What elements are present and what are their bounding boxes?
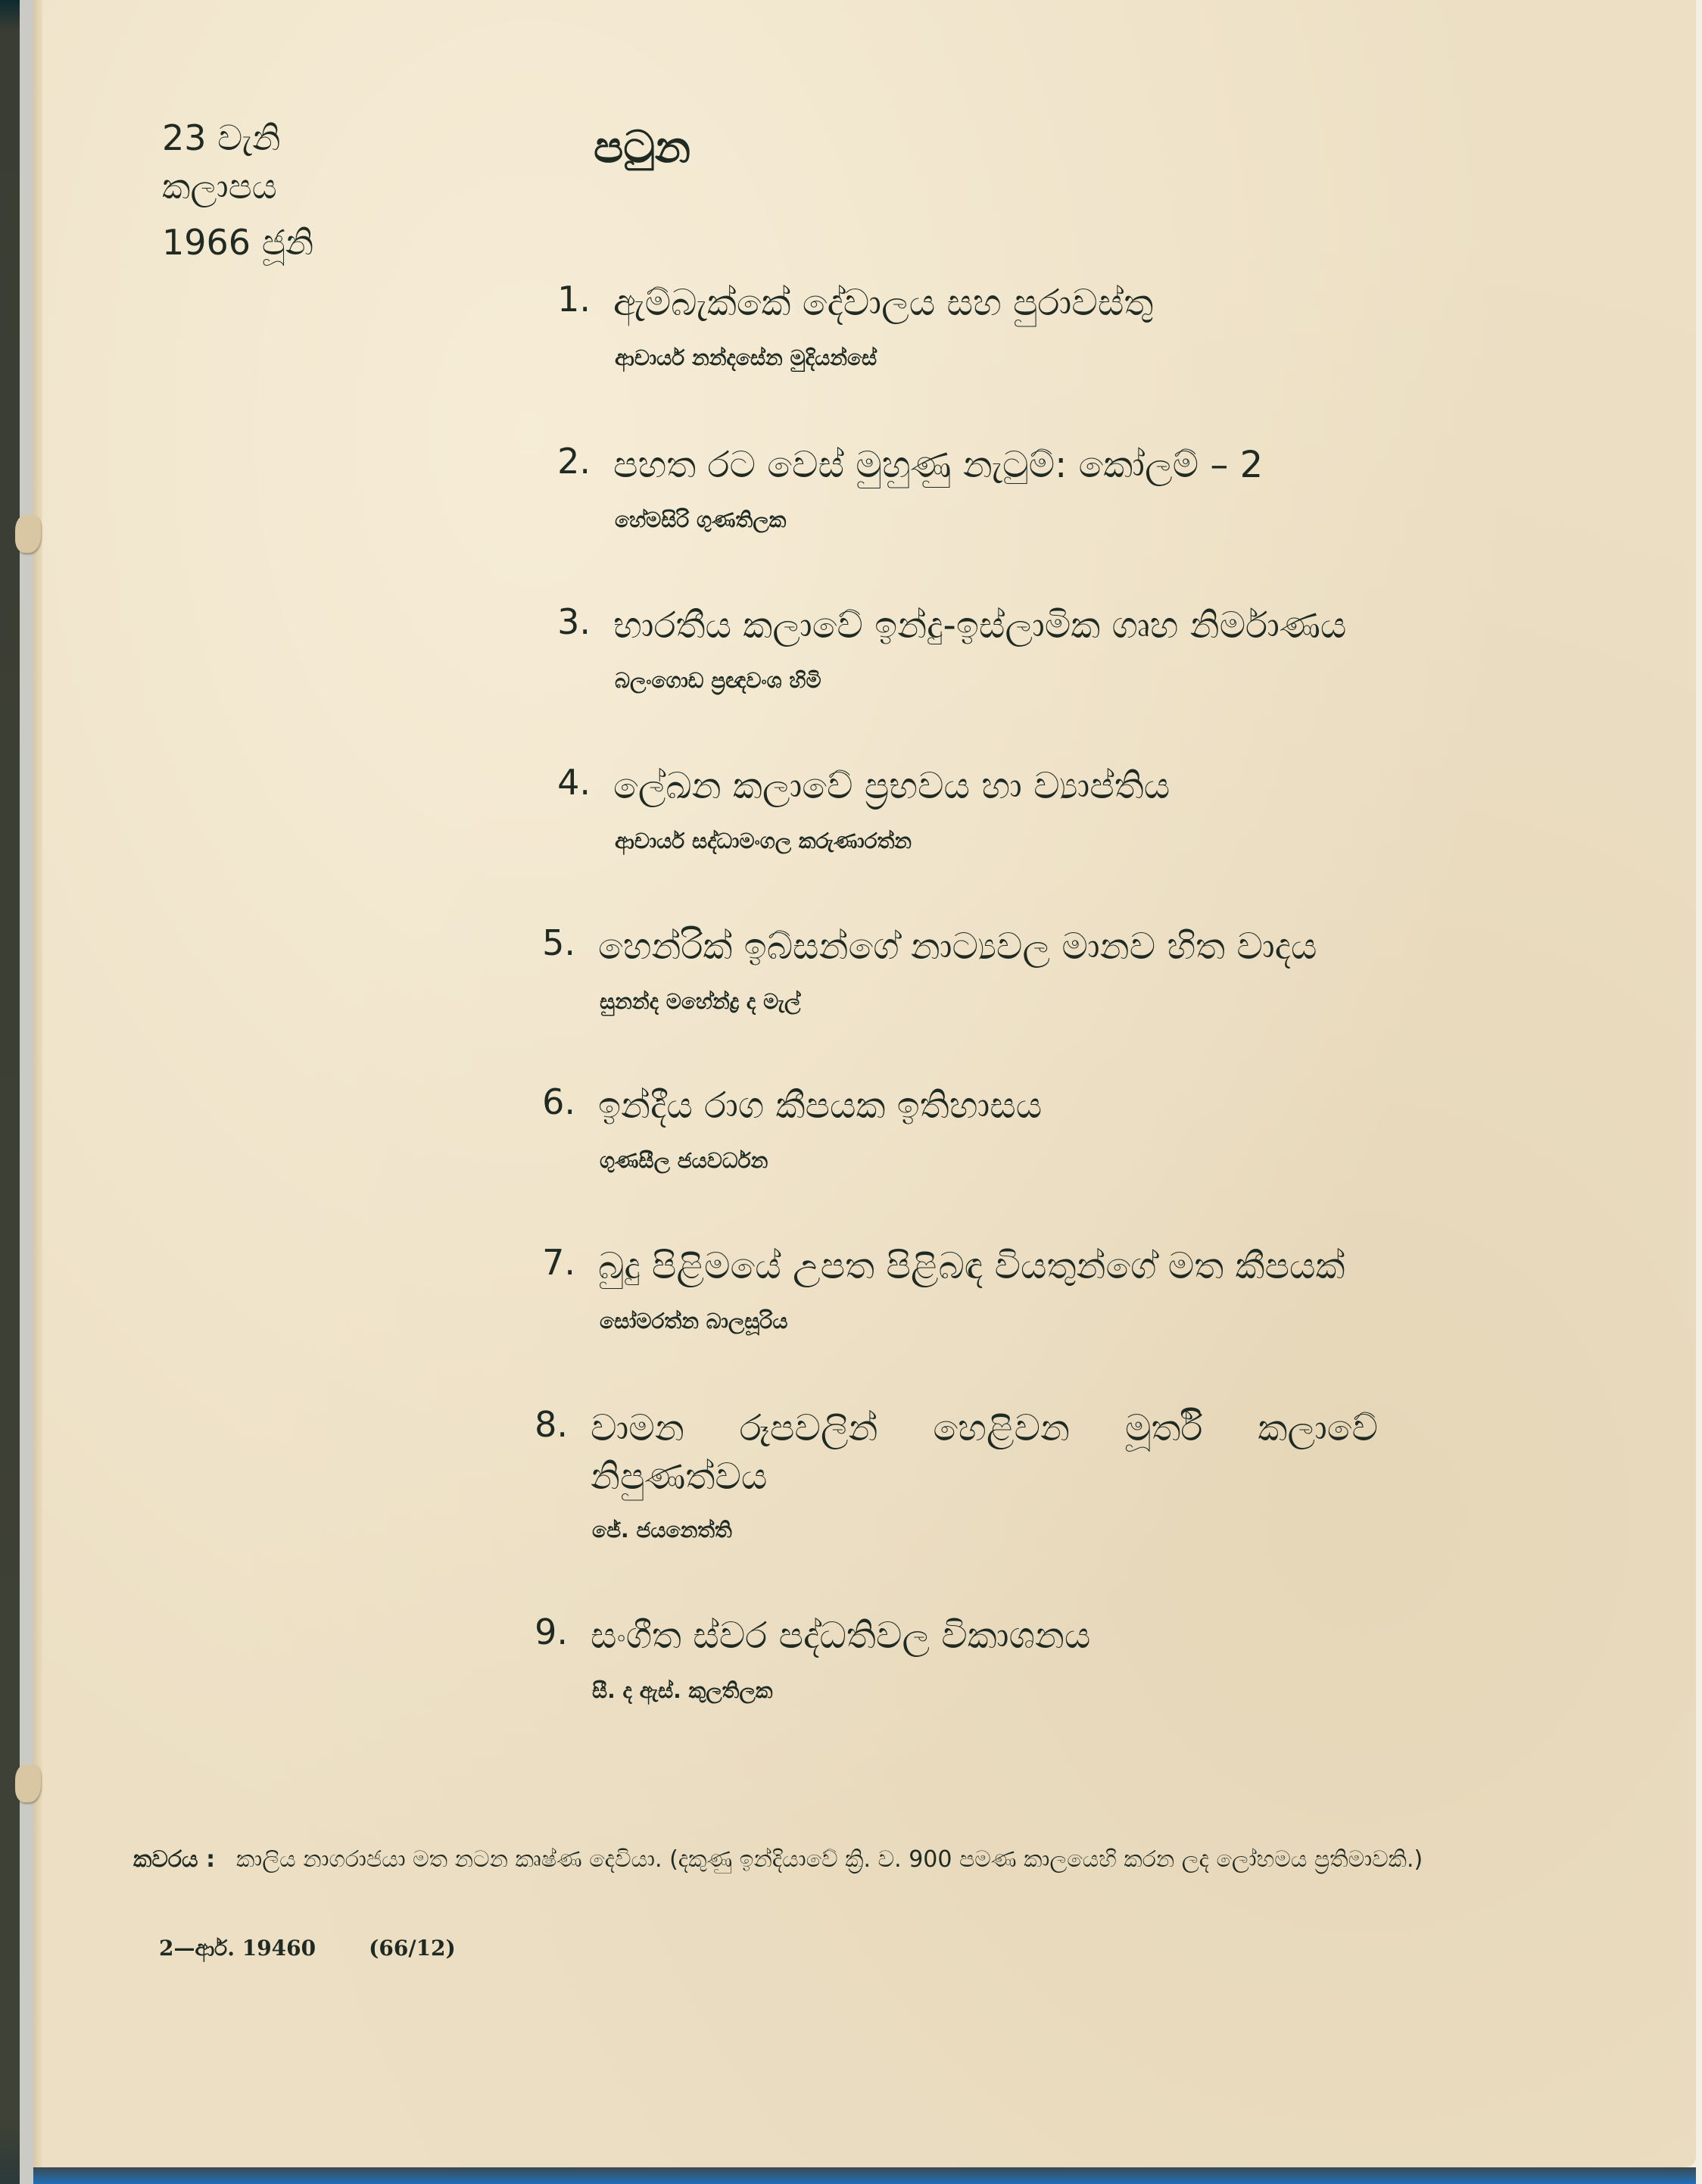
entry-title: සංගීත ස්වර පද්ධතිවල විකාශනය <box>591 1611 1378 1660</box>
entry-title: ඉන්දීය රාග කීපයක ඉතිහාසය <box>598 1081 1386 1130</box>
entry-title: බුදු පිළිමයේ උපත පිළිබඳ වියතුන්ගේ මත කීප… <box>598 1242 1386 1290</box>
spine-fold <box>33 0 42 2167</box>
entry-author: බලංගොඩ ප්‍රඥවංශ හිමි <box>615 668 821 694</box>
entry-author: ආචාර්ය සද්ධාමංගල කරුණාරත්න <box>615 828 912 854</box>
cover-description: කාලිය නාගරාජයා මත නටන කෘෂ්ණ දෙවියා. (දකු… <box>236 1843 1435 1877</box>
entry-number: 3. <box>545 601 591 642</box>
entry-author: සුනන්ද මහේන්ද්‍ර ද මැල් <box>600 989 800 1015</box>
entry-number: 4. <box>545 762 591 803</box>
entry-number: 2. <box>545 441 591 482</box>
entry-number: 7. <box>530 1242 575 1283</box>
staple-bottom <box>15 1764 41 1802</box>
entry-number: 5. <box>530 922 575 963</box>
entry-author: සෝමරත්න බාලසූරිය <box>600 1309 787 1334</box>
cover-note: කවරය : කාලිය නාගරාජයා මත නටන කෘෂ්ණ දෙවිය… <box>133 1843 1435 1877</box>
entry-author: ආචාර්ය නන්දසේන මුදියන්සේ <box>615 345 877 371</box>
entry-author: ජේ. ජයනෙත්ති <box>592 1518 732 1543</box>
entry-author: හේමසිරි ගුණතිලක <box>615 507 786 533</box>
entry-number: 1. <box>545 279 591 320</box>
entry-author: ගුණසීල ජයවර්ධන <box>600 1148 768 1174</box>
scanner-edge-dark <box>0 0 20 2184</box>
page-bottom-edge <box>33 2167 1696 2184</box>
cover-label: කවරය : <box>133 1843 215 1877</box>
entry-number: 6. <box>530 1081 575 1122</box>
entry-title: පහත රට වෙස් මුහුණු නැටුම්: කෝලම් – 2 <box>613 441 1401 489</box>
entry-number: 8. <box>522 1404 568 1445</box>
scanner-edge-light <box>20 0 33 2184</box>
issue-info: 23 වැනි කලාපය 1966 ජූනි <box>162 114 313 267</box>
entry-author: සී. ද ඇස්. කුලතිලක <box>592 1678 772 1704</box>
issue-volume-label: කලාපය <box>162 162 313 211</box>
entry-title: භාරතීය කලාවේ ඉන්දු-ඉස්ලාමික ගෘහ නිර්මාණය <box>613 601 1401 650</box>
print-code: 2—ආර්. 19460 <box>159 1936 316 1961</box>
print-code-line: 2—ආර්. 19460(66/12) <box>159 1936 456 1961</box>
entry-title: ලේඛන කලාවේ ප්‍රභවය හා ව්‍යාප්තිය <box>613 762 1401 810</box>
issue-number: 23 වැනි <box>162 114 313 162</box>
entry-title: වාමන රූපවලින් හෙළිවන මූර්ති කලාවේ නිපුණත… <box>591 1404 1378 1501</box>
toc-heading: පටුන <box>594 121 690 173</box>
staple-top <box>15 515 41 553</box>
issue-date: 1966 ජූනි <box>162 218 313 267</box>
entry-title: ඇම්බැක්කේ දේවාලය සහ පුරාවස්තු <box>613 279 1401 327</box>
entry-number: 9. <box>522 1611 568 1652</box>
print-reference: (66/12) <box>369 1936 456 1961</box>
entry-title: හෙන්රික් ඉබ්සන්ගේ නාට්‍යවල මානව හිත වාදය <box>598 922 1386 971</box>
